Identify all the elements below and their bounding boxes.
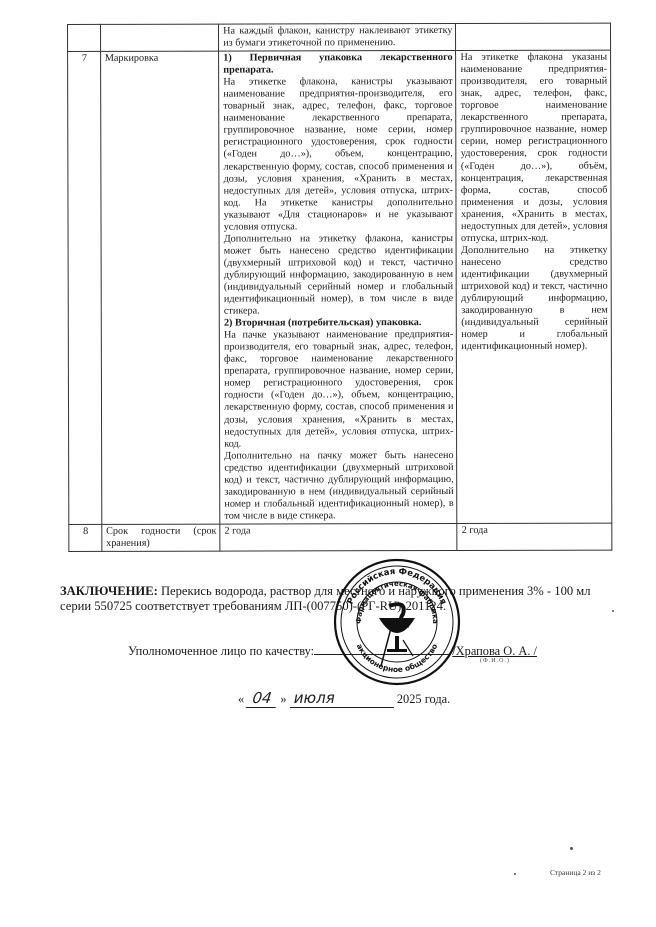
table-row-continuation: На каждый флакон, канистру наклеивают эт… xyxy=(68,23,611,52)
date-open-quote: « xyxy=(238,692,244,706)
table-row-labeling: 7 Маркировка 1) Первичная упаковка лекар… xyxy=(68,50,612,524)
indicator-name: Маркировка xyxy=(100,51,220,524)
date-month-handwritten: июля xyxy=(290,689,394,708)
secondary-packaging-extra: Дополнительно на пачку может быть нанесе… xyxy=(224,450,453,523)
primary-packaging-heading: 1) Первичная упаковка лекарственного пре… xyxy=(223,52,452,77)
indicator-name xyxy=(100,24,218,51)
actual-cell: На этикетке флакона указаны наименование… xyxy=(456,50,612,523)
fio-caption: (Ф.И.О.) xyxy=(480,658,510,664)
requirement-text: 2 года xyxy=(220,523,457,551)
signature-label: Уполномоченное лицо по качеству: xyxy=(128,644,314,658)
secondary-packaging-heading: 2) Вторичная (потребительская) упаковка. xyxy=(224,317,453,330)
date-day-handwritten: 04 xyxy=(246,689,279,708)
secondary-packaging-text: На пачке указывают наименование предприя… xyxy=(224,329,454,450)
signatory-name: /Храпова О. А. / xyxy=(452,644,537,658)
date-close-quote: » xyxy=(280,692,286,706)
actual-label-text: На этикетке флакона указаны наименование… xyxy=(461,52,608,245)
primary-packaging-extra: Дополнительно на этикетку флакона, канис… xyxy=(224,233,454,318)
document-page: На каждый флакон, канистру наклеивают эт… xyxy=(0,0,656,927)
indicator-name: Срок годности (срок хранения) xyxy=(102,524,220,551)
actual-label-extra: Дополнительно на этикетку нанесено средс… xyxy=(461,244,608,353)
row-number xyxy=(68,24,101,51)
scan-speck xyxy=(514,873,516,875)
requirement-text: На каждый флакон, канистру наклеивают эт… xyxy=(219,23,456,51)
scan-speck xyxy=(612,610,614,612)
row-number: 8 xyxy=(69,524,102,551)
company-seal-stamp-icon: Российская Федерация Фармацевтическая фа… xyxy=(331,556,463,688)
actual-result: 2 года xyxy=(457,523,612,550)
primary-packaging-text: На этикетке флакона, канистры указывают … xyxy=(223,76,453,233)
requirement-cell: 1) Первичная упаковка лекарственного пре… xyxy=(219,51,458,524)
table-row-shelf-life: 8 Срок годности (срок хранения) 2 года 2… xyxy=(69,523,612,552)
conclusion-label: ЗАКЛЮЧЕНИЕ: xyxy=(60,584,158,598)
date-row: « 04 » июля 2025 года. xyxy=(238,689,450,708)
page-number: Страница 2 из 2 xyxy=(550,868,601,877)
row-number: 7 xyxy=(68,52,102,525)
scan-speck xyxy=(570,847,573,850)
actual-result xyxy=(456,23,611,50)
date-year: 2025 года. xyxy=(397,692,450,706)
specification-table: На каждый флакон, канистру наклеивают эт… xyxy=(67,23,612,552)
